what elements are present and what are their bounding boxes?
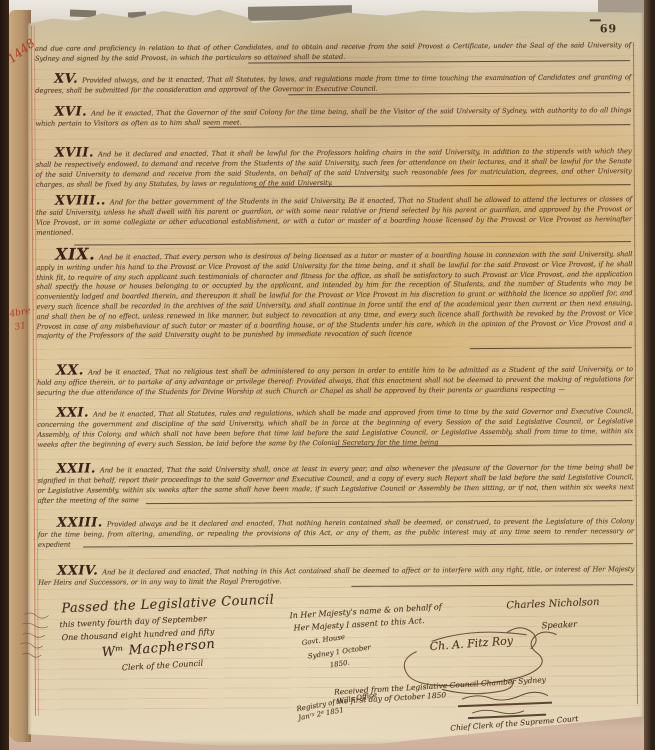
section-xix: XIX.And be it enacted, That every person… <box>36 250 633 342</box>
speaker-title: Speaker <box>541 620 577 631</box>
section-xx: XX.And be it enacted, That no religious … <box>37 364 633 398</box>
section-xxiv-text: And be it declared and enacted, That not… <box>38 565 634 587</box>
section-xvii-numeral: XVII. <box>55 145 98 160</box>
section-xxii-text: And be it enacted, That the said Univers… <box>38 463 634 505</box>
section-xvi-numeral: XVI. <box>54 104 91 119</box>
section-xviii-text: And for the better government of the Stu… <box>36 195 632 237</box>
section-xx-text: And be it enacted, That no religious tes… <box>37 365 633 397</box>
section-xxi-text: And be it enacted, That all Statutes, ru… <box>37 407 633 449</box>
section-xvii: XVII.And be it declared and enacted, Tha… <box>36 146 632 190</box>
section-xvii-text: And be it declared and enacted, That it … <box>36 147 632 189</box>
section-xv-text: Provided always, and be it enacted, That… <box>35 73 631 95</box>
section-xxiii-numeral: XXIII. <box>57 515 107 530</box>
section-xviii-numeral: XVIII.. <box>55 193 110 208</box>
section-xxii: XXII.And be it enacted, That the said Un… <box>38 462 634 506</box>
section-xix-numeral: XIX. <box>55 244 99 263</box>
section-xx-numeral: XX. <box>56 362 88 378</box>
section-xv-numeral: XV. <box>54 72 82 87</box>
red-margin-note-month: 4bre <box>9 306 32 320</box>
page-content: 69 1448 4bre 31 and due care and profici… <box>0 0 655 750</box>
section-xxi: XXI.And be it enacted, That all Statutes… <box>37 406 633 450</box>
section-xix-text: And be it enacted, That every person who… <box>36 250 632 340</box>
section-xxii-numeral: XXII. <box>56 461 99 476</box>
section-xxi-numeral: XXI. <box>56 405 93 420</box>
section-xxiv-numeral: XXIV. <box>57 563 102 578</box>
marginal-note-scribble <box>19 608 49 668</box>
page-number: 69 <box>600 22 617 35</box>
manuscript-photo: 69 1448 4bre 31 and due care and profici… <box>0 0 655 750</box>
red-margin-note-day: 31 <box>14 321 27 333</box>
section-xviii: XVIII..And for the better government of … <box>36 194 632 238</box>
page-number-dash <box>590 19 601 21</box>
